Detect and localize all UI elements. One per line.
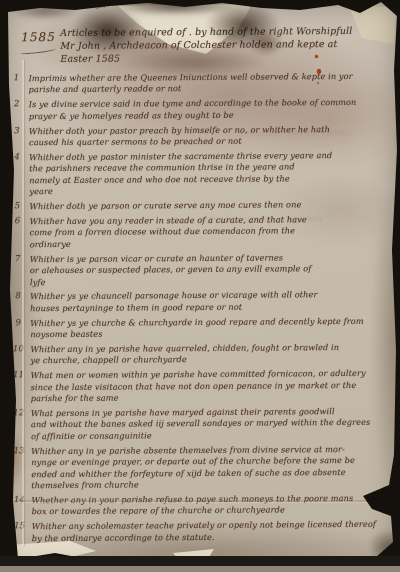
vertical-crease — [22, 60, 24, 546]
burn-stain — [120, 48, 270, 78]
manuscript-page: april xxvjth to the officiall 1585 Artic… — [0, 0, 400, 572]
burn-stain — [248, 30, 284, 56]
horizontal-fold-crease — [8, 500, 390, 502]
burn-stain — [10, 2, 80, 20]
burn-stains — [0, 0, 400, 572]
red-wax-spot — [317, 69, 321, 74]
background-shelf-edge — [0, 566, 400, 572]
manuscript-photo: { "photo": { "background_color": "#14110… — [0, 0, 400, 572]
red-wax-spot — [317, 82, 319, 84]
red-wax-spot — [315, 55, 318, 58]
page-bottom-shadow — [0, 556, 400, 566]
